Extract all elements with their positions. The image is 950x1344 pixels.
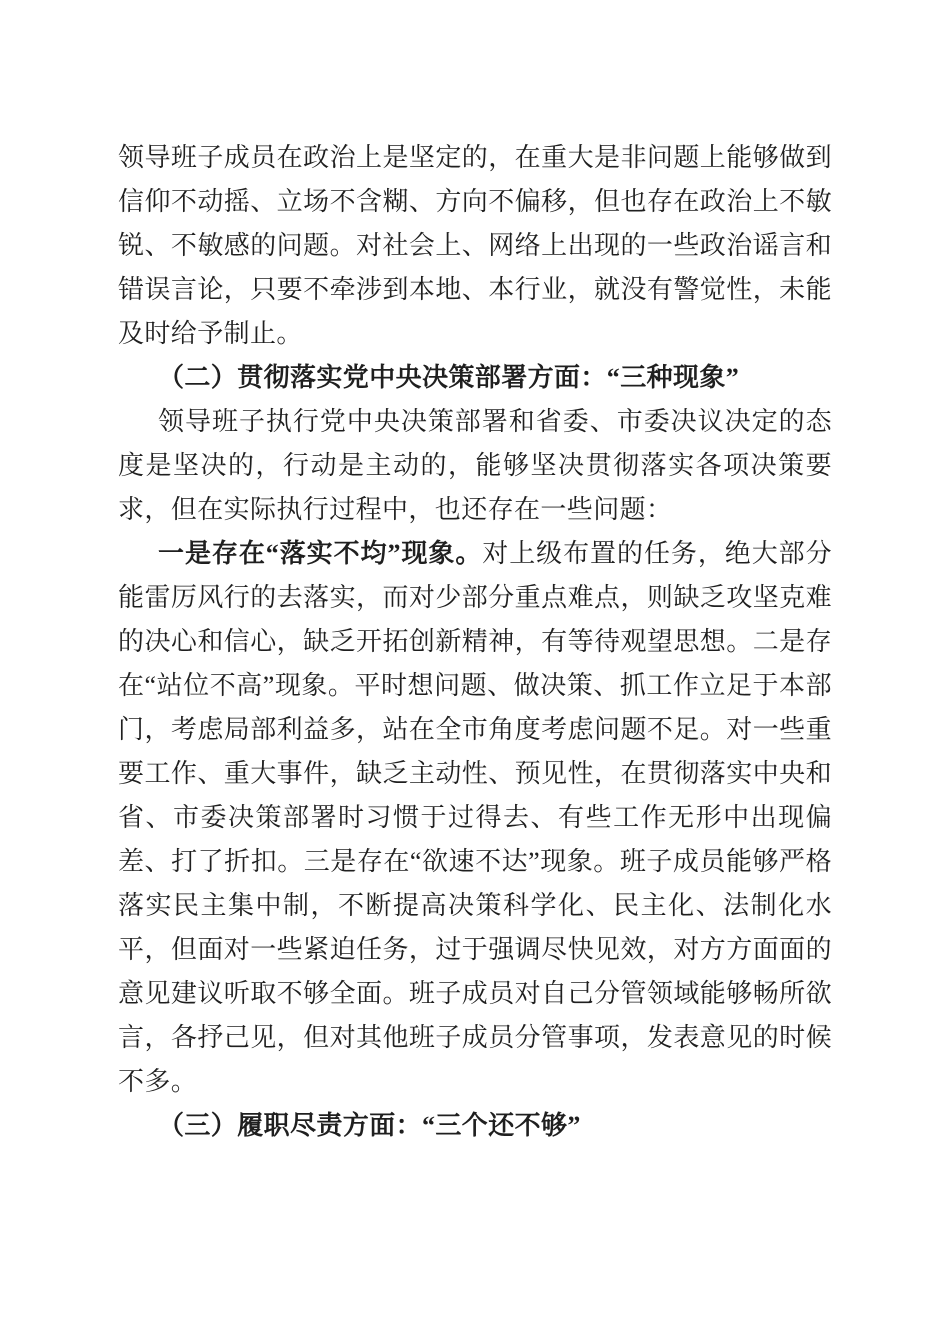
three-phenomena-body-text: 对上级布置的任务，绝大部分能雷厉风行的去落实，而对少部分重点难点，则缺乏攻坚克难… bbox=[118, 539, 832, 1096]
paragraph-section2-intro: 领导班子执行党中央决策部署和省委、市委决议决定的态度是坚决的，行动是主动的，能够… bbox=[118, 400, 832, 532]
paragraph-political-stance-continuation: 领导班子成员在政治上是坚定的，在重大是非问题上能够做到信仰不动摇、立场不含糊、方… bbox=[118, 136, 832, 356]
bold-lead-first-phenomenon: 一是存在“落实不均”现象。 bbox=[158, 539, 482, 568]
document-page: 领导班子成员在政治上是坚定的，在重大是非问题上能够做到信仰不动摇、立场不含糊、方… bbox=[0, 0, 950, 1344]
paragraph-three-phenomena-detail: 一是存在“落实不均”现象。对上级布置的任务，绝大部分能雷厉风行的去落实，而对少部… bbox=[118, 532, 832, 1104]
section-heading-3-duty-fulfillment: （三）履职尽责方面：“三个还不够” bbox=[118, 1104, 832, 1148]
section-heading-2-decision-implementation: （二）贯彻落实党中央决策部署方面：“三种现象” bbox=[118, 356, 832, 400]
